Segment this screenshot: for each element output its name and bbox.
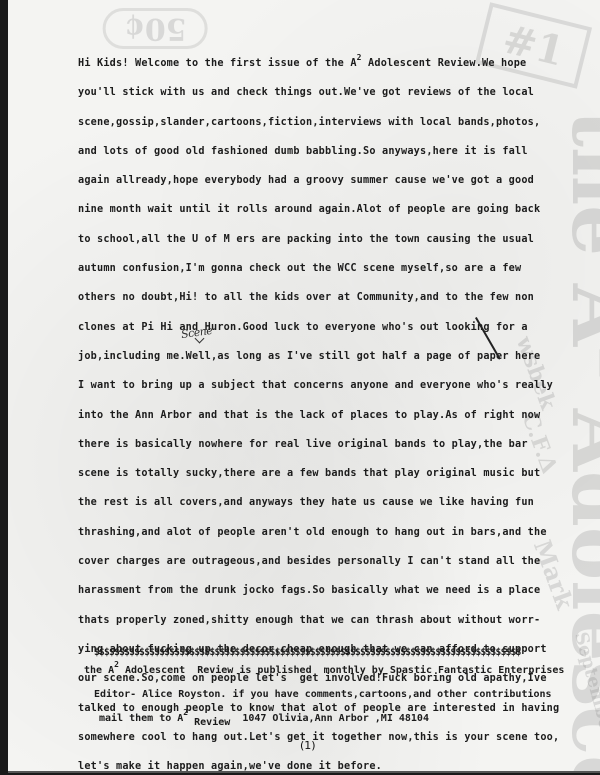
body-line-text: Adolescent Review.We hope (362, 58, 527, 69)
body-line: thrashing,and alot of people aren't old … (78, 518, 558, 547)
body-line: into the Ann Arbor and that is the lack … (78, 401, 558, 430)
body-line: I want to bring up a subject that concer… (78, 371, 558, 400)
body-line: harassment from the drunk jocko fags.So … (78, 576, 558, 605)
body-line: scene is totally sucky,there are a few b… (78, 459, 558, 488)
body-line-text: Hi Kids! Welcome to the first issue of t… (78, 58, 357, 69)
body-line: to school,all the U of M ers are packing… (78, 225, 558, 254)
body-line: thats properly zoned,shitty enough that … (78, 606, 558, 635)
colophon-text: Adolescent Review is published monthly b… (119, 665, 565, 676)
body-line: again allready,hope everybody had a groo… (78, 166, 558, 195)
page-number: (1) (300, 739, 316, 752)
colophon-publisher-line: the A2 Adolescent Review is published mo… (84, 659, 564, 683)
body-line: there is basically nowhere for real live… (78, 430, 558, 459)
bleed-through-price: 50¢ (103, 8, 208, 49)
body-line: autumn confusion,I'm gonna check out the… (78, 254, 558, 283)
colophon-address-line: mail them to A2 Review 1047 Olivia,Ann A… (84, 707, 564, 731)
body-line: and lots of good old fashioned dumb babb… (78, 137, 558, 166)
body-line: nine month wait until it rolls around ag… (78, 195, 558, 224)
scanned-page: #1 50¢ the A² Adolescent wsbek C.F.Δ Mar… (8, 0, 600, 773)
superscript-two: 2 (183, 708, 188, 717)
colophon-text: mail them to A (99, 713, 183, 724)
body-line: scene,gossip,slander,cartoons,fiction,in… (78, 108, 558, 137)
colophon-editor-line: Editor- Alice Royston. if you have comme… (84, 683, 564, 707)
dollar-sign-divider: $$$$$$$$$$$$$$$$$$$$$$$$$$$$$$$$$$$$$$$$… (94, 647, 554, 658)
body-line: cover charges are outrageous,and besides… (78, 547, 558, 576)
body-line: job,including me.Well,as long as I've st… (78, 342, 558, 371)
bleed-through-note: September 83 (570, 630, 600, 771)
body-line: Hi Kids! Welcome to the first issue of t… (78, 49, 558, 78)
colophon: the A2 Adolescent Review is published mo… (84, 659, 564, 731)
colophon-text: the A (84, 665, 114, 676)
body-line: you'll stick with us and check things ou… (78, 78, 558, 107)
body-line: others no doubt,Hi! to all the kids over… (78, 283, 558, 312)
mailing-address: 1047 Olivia,Ann Arbor ,MI 48104 (230, 713, 429, 724)
colophon-text: Review (188, 717, 230, 728)
body-line: let's make it happen again,we've done it… (78, 752, 558, 773)
body-line: the rest is all covers,and anyways they … (78, 488, 558, 517)
